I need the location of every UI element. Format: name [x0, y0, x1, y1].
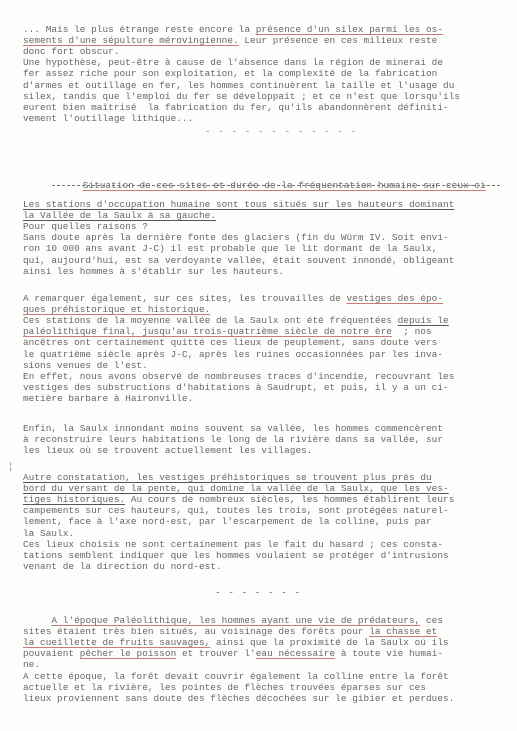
text-segment: la Saulx. [23, 528, 74, 539]
text-line: d'armes et outillage en fer, les hommes … [23, 80, 454, 91]
text-line: eurent bien maîtrisé la fabrication du f… [23, 102, 449, 113]
text-segment: Enfin, la Saulx innondant moins souvent … [23, 423, 443, 434]
separator-dashes: - - - - - - - - - - - - [205, 126, 357, 137]
text-segment: campements sur ces hauteurs, qui, toutes… [23, 505, 449, 516]
text-line: lieux proviennent sans doute des flèches… [23, 693, 454, 704]
text-line: la Vallée de la Saulx à sa gauche. [23, 210, 216, 221]
underlined-text: bord du versant de la pente, qui domine … [23, 483, 449, 494]
underlined-text: vestiges des épo- [347, 293, 444, 304]
text-line: tations semblent indiquer que les hommes… [23, 550, 449, 561]
text-segment: qui, aujourd'hui, est sa verdoyante vall… [23, 255, 454, 266]
typewritten-page: - - - - - - - - - - - - Situation de ces… [0, 0, 517, 731]
text-line: sements d'une sépulture mérovingienne. L… [23, 35, 437, 46]
text-segment: ces [420, 615, 443, 626]
text-line: ainsi les hommes à s'établir sur les hau… [23, 266, 284, 277]
text-segment: eurent bien maîtrisé la fabrication du f… [23, 102, 449, 113]
margin-mark: ¦ [8, 462, 13, 472]
text-segment: Ces stations de la moyenne vallée de la … [23, 315, 398, 326]
text-line: En effet, nous avons observé de nombreus… [23, 371, 454, 382]
text-segment: ainsi que la proximité de la Saulx où il… [210, 637, 448, 648]
text-segment: les lieux où se trouvent actuellement le… [23, 445, 312, 456]
text-line: donc fort obscur. [23, 46, 120, 57]
text-line: ... Mais le plus étrange reste encore la… [23, 24, 443, 35]
text-segment: ron 10 000 ans avant J-C) il est probabl… [23, 243, 437, 254]
text-line: qui, aujourd'hui, est sa verdoyante vall… [23, 255, 454, 266]
text-line: pouvaient pêcher le poisson et trouver l… [23, 648, 443, 659]
text-segment: pouvaient [23, 648, 80, 659]
text-segment: venant de la direction du nord-est. [23, 561, 222, 572]
text-line: sites étaient très bien situés, au voisi… [23, 626, 437, 637]
underlined-text: depuis le [398, 315, 449, 326]
text-segment: En effet, nous avons observé de nombreus… [23, 371, 454, 382]
text-segment: Pour quelles raisons ? [23, 221, 148, 232]
underlined-text: pêcher le poisson [80, 648, 177, 659]
text-segment: le quatrième siècle après J-C, après les… [23, 349, 443, 360]
text-segment: A cette époque, la forêt devait couvrir … [23, 671, 449, 682]
text-line: Ces lieux choisis ne sont certainement p… [23, 539, 443, 550]
text-segment: vement l'outillage lithique... [23, 113, 193, 124]
text-segment: silex, tandis que l'emploi du fer se dév… [23, 91, 460, 102]
text-segment: tations semblent indiquer que les hommes… [23, 550, 449, 561]
text-segment: A remarquer également, sur ces sites, le… [23, 293, 347, 304]
text-line: paléolithique final, jusqu'au trois-quat… [23, 326, 432, 337]
text-line: campements sur ces hauteurs, qui, toutes… [23, 505, 449, 516]
text-segment: à toute vie humai- [335, 648, 443, 659]
text-line: Sans doute après la dernière fonte des g… [23, 232, 449, 243]
text-segment: ; nos [392, 326, 432, 337]
text-line: sions venues de l'est. [23, 360, 148, 371]
text-line: vestiges des substructions d'habitations… [23, 382, 449, 393]
underlined-text: la chasse et [369, 626, 437, 637]
text-line: Enfin, la Saulx innondant moins souvent … [23, 423, 443, 434]
text-segment: d'armes et outillage en fer, les hommes … [23, 80, 454, 91]
text-line: silex, tandis que l'emploi du fer se dév… [23, 91, 460, 102]
text-line: la Saulx. [23, 528, 74, 539]
text-segment: à reconstruire leurs habitations le long… [23, 434, 443, 445]
underlined-text: la Vallée de la Saulx à sa gauche. [23, 210, 216, 221]
text-line: A remarquer également, sur ces sites, le… [23, 293, 443, 304]
text-line: bord du versant de la pente, qui domine … [23, 483, 449, 494]
text-segment: Leur présence en ces milieux reste [239, 35, 438, 46]
separator-short-dashes: - - - - - - - [215, 587, 301, 598]
text-segment: metière barbare à Haironville. [23, 393, 193, 404]
text-segment: fer assez riche pour son exploitation, e… [23, 68, 437, 79]
text-segment: Ces lieux choisis ne sont certainement p… [23, 539, 443, 550]
text-line: ne. [23, 659, 40, 670]
underlined-text: tiges historiques. [23, 494, 125, 505]
text-segment: ancêtres ont certainement quitté ces lie… [23, 337, 437, 348]
text-line: fer assez riche pour son exploitation, e… [23, 68, 437, 79]
text-segment: lieux proviennent sans doute des flèches… [23, 693, 454, 704]
text-line: Ces stations de la moyenne vallée de la … [23, 315, 449, 326]
underlined-text: présence d'un silex parmi les os- [256, 24, 443, 35]
text-segment: ... Mais le plus étrange reste encore la [23, 24, 256, 35]
underlined-text: eau nécessaire [256, 648, 335, 659]
underlined-text: Autre constatation, les vestiges préhist… [23, 472, 432, 483]
text-segment: actuelle et la rivière, les pointes de f… [23, 682, 426, 693]
text-line: Autre constatation, les vestiges préhist… [23, 472, 432, 483]
underlined-text: A l'époque Paléolithique, les hommes aya… [51, 615, 420, 626]
text-line: le quatrième siècle après J-C, après les… [23, 349, 443, 360]
text-segment: Sans doute après la dernière fonte des g… [23, 232, 449, 243]
text-line: A cette époque, la forêt devait couvrir … [23, 671, 449, 682]
title-dash-underline [52, 185, 500, 186]
text-line: tiges historiques. Au cours de nombreux … [23, 494, 454, 505]
text-segment: Une hypothèse, peut-être à cause de l'ab… [23, 57, 443, 68]
text-line: à reconstruire leurs habitations le long… [23, 434, 443, 445]
text-line: ron 10 000 ans avant J-C) il est probabl… [23, 243, 437, 254]
text-line: la cueillette de fruits sauvages, ainsi … [23, 637, 449, 648]
text-line: les lieux où se trouvent actuellement le… [23, 445, 312, 456]
text-line: Pour quelles raisons ? [23, 221, 148, 232]
text-segment: lement, face à l'axe nord-est, par l'esc… [23, 516, 432, 527]
text-segment: vestiges des substructions d'habitations… [23, 382, 449, 393]
text-line: metière barbare à Haironville. [23, 393, 193, 404]
text-segment: donc fort obscur. [23, 46, 120, 57]
text-segment [23, 615, 51, 626]
text-line: A l'époque Paléolithique, les hommes aya… [23, 615, 443, 626]
text-segment: ne. [23, 659, 40, 670]
underlined-text: la cueillette de fruits sauvages, [23, 637, 210, 648]
underlined-text: sements d'une sépulture mérovingienne. [23, 35, 239, 46]
text-segment: Au cours de nombreux siècles, les hommes… [125, 494, 454, 505]
text-segment: et trouver l' [176, 648, 255, 659]
text-line: venant de la direction du nord-est. [23, 561, 222, 572]
text-line: lement, face à l'axe nord-est, par l'esc… [23, 516, 432, 527]
text-line: actuelle et la rivière, les pointes de f… [23, 682, 426, 693]
text-segment: sites étaient très bien situés, au voisi… [23, 626, 369, 637]
underlined-text: ques préhistorique et historique. [23, 304, 210, 315]
underlined-text: Les stations d'occupation humaine sont t… [23, 199, 454, 210]
text-line: Une hypothèse, peut-être à cause de l'ab… [23, 57, 443, 68]
text-line: ancêtres ont certainement quitté ces lie… [23, 337, 437, 348]
text-segment: ainsi les hommes à s'établir sur les hau… [23, 266, 284, 277]
underlined-text: paléolithique final, jusqu'au trois-quat… [23, 326, 392, 337]
text-line: ques préhistorique et historique. [23, 304, 210, 315]
text-line: Les stations d'occupation humaine sont t… [23, 199, 454, 210]
text-segment: sions venues de l'est. [23, 360, 148, 371]
text-line: vement l'outillage lithique... [23, 113, 193, 124]
